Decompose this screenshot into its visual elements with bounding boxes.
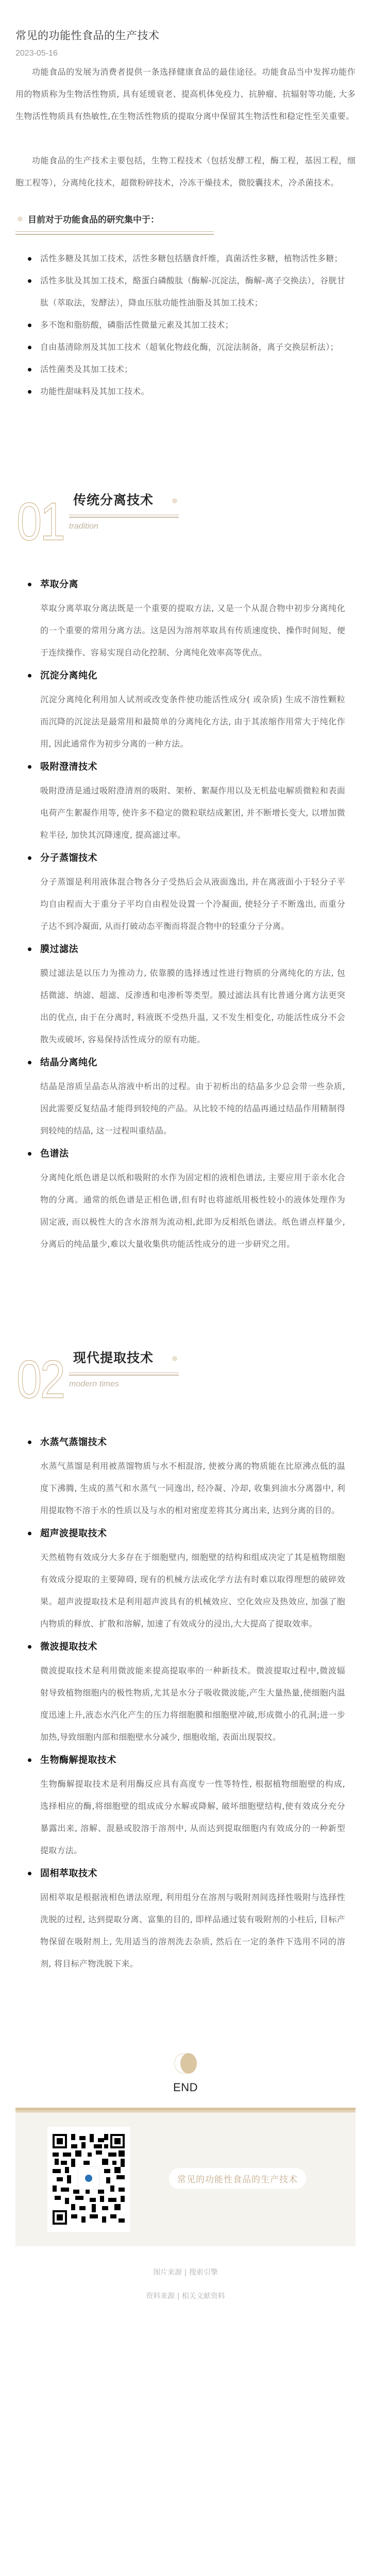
technique-item: 萃取分离 萃取分离萃取分离法既是一个重要的提取方法, 又是一个从混合物中初步分离… — [40, 572, 356, 664]
list-item: 自由基清除剂及其加工技术（超氧化物歧化酶，沉淀法制备，离子交换层析法）； — [40, 336, 356, 358]
intro-paragraph: 功能食品的发展为消费者提供一条选择健康食品的最佳途径。功能食品当中发挥功能作用的… — [15, 61, 356, 127]
section-title: 现代提取技术 — [73, 1348, 154, 1366]
focus-list: 活性多糖及其加工技术，活性多糖包括膳食纤维，真菌活性多糖，植物活性多糖； 活性多… — [15, 247, 356, 402]
section-header-traditional: 01 传统分离技术 tradition — [15, 495, 356, 557]
image-source-credit: 图片来源 | 搜索引擎 — [15, 2261, 356, 2284]
technique-desc: 结晶是溶质呈晶态从溶液中析出的过程。由于初析出的结晶多少总会带一些杂质, 因此需… — [40, 1075, 356, 1142]
technique-desc: 分子蒸馏是利用液体混合物各分子受热后会从液面逸出, 并在离液面小于轻分子平均自由… — [40, 871, 356, 937]
section-header-modern: 02 现代提取技术 modern times — [15, 1353, 356, 1415]
technique-name: 生物酶解提取技术 — [40, 1748, 356, 1773]
technique-name: 色谱法 — [40, 1142, 356, 1166]
section-number: 02 — [16, 1353, 64, 1406]
intro-paragraph: 功能食品的生产技术主要包括，生物工程技术（包括发酵工程，酶工程，基因工程，细胞工… — [15, 149, 356, 194]
divider — [69, 1372, 179, 1376]
technique-name: 萃取分离 — [40, 572, 356, 597]
technique-item: 水蒸气蒸馏技术 水蒸气蒸馏是利用被蒸馏物质与水不相混溶, 使被分离的物质能在比原… — [40, 1430, 356, 1521]
technique-name: 膜过滤法 — [40, 937, 356, 962]
section-number: 01 — [16, 495, 64, 549]
technique-item: 分子蒸馏技术 分子蒸馏是利用液体混合物各分子受热后会从液面逸出, 并在离液面小于… — [40, 846, 356, 937]
end-circles-icon — [171, 2052, 200, 2075]
divider — [69, 515, 179, 518]
section-title: 传统分离技术 — [73, 490, 154, 509]
technique-item: 生物酶解提取技术 生物酶解提取技术是利用酶反应具有高度专一性等特性, 根据植物细… — [40, 1748, 356, 1861]
technique-item: 膜过滤法 膜过滤法是以压力为推动力, 依靠膜的选择透过性进行物质的分离纯化的方法… — [40, 937, 356, 1050]
technique-item: 吸附澄清技术 吸附澄清是通过吸附澄清剂的吸附、架桥、絮凝作用以及无机盐电解质微粒… — [40, 755, 356, 846]
dot-icon — [18, 216, 23, 222]
technique-item: 沉淀分离纯化 沉淀分离纯化利用加人试剂或改变条件使功能活性成分( 或杂质) 生成… — [40, 664, 356, 755]
technique-name: 分子蒸馏技术 — [40, 846, 356, 871]
footer-inner: 常见的功能性食品的生产技术 — [15, 2112, 356, 2246]
technique-desc: 分离纯化纸色谱是以纸和吸附的水作为固定相的液相色谱法, 主要应用于亲水化合物的分… — [40, 1166, 356, 1255]
list-item: 活性多肽及其加工技术，酪蛋白磷酸肽（酶解-沉淀法，酶解-离子交换法），谷胱甘肽（… — [40, 269, 356, 314]
technique-name: 吸附澄清技术 — [40, 755, 356, 779]
list-item: 多不饱和脂肪酸，磷脂活性微量元素及其加工技术； — [40, 314, 356, 336]
divider — [15, 231, 214, 235]
technique-desc: 微波提取技术是利用微波能来提高提取率的一种新技术。微波提取过程中,微波辐射导致植… — [40, 1659, 356, 1748]
list-item: 活性多糖及其加工技术，活性多糖包括膳食纤维，真菌活性多糖，植物活性多糖； — [40, 247, 356, 269]
technique-name: 微波提取技术 — [40, 1635, 356, 1659]
technique-name: 沉淀分离纯化 — [40, 664, 356, 688]
list-item: 功能性甜味料及其加工技术。 — [40, 380, 356, 402]
end-block: END — [15, 2052, 356, 2094]
dot-icon — [172, 498, 177, 503]
publish-date: 2023-05-16 — [15, 46, 356, 61]
article-page: 常见的功能性食品的生产技术 2023-05-16 功能食品的发展为消费者提供一条… — [0, 0, 371, 2329]
technique-desc: 萃取分离萃取分离法既是一个重要的提取方法, 又是一个从混合物中初步分离纯化的一个… — [40, 597, 356, 664]
section-subtitle: tradition — [69, 522, 98, 531]
article-title: 常见的功能性食品的生产技术 — [15, 0, 356, 44]
dot-icon — [172, 1356, 177, 1361]
qr-code-icon[interactable] — [47, 2127, 130, 2232]
material-source-credit: 资料来源 | 相关文献资料 — [15, 2284, 356, 2308]
technique-item: 微波提取技术 微波提取技术是利用微波能来提高提取率的一种新技术。微波提取过程中,… — [40, 1635, 356, 1748]
technique-desc: 吸附澄清是通过吸附澄清剂的吸附、架桥、絮凝作用以及无机盐电解质微粒和表面电荷产生… — [40, 779, 356, 846]
technique-desc: 生物酶解提取技术是利用酶反应具有高度专一性等特性, 根据植物细胞壁的构成, 选择… — [40, 1773, 356, 1861]
footer-card: 常见的功能性食品的生产技术 — [15, 2108, 356, 2246]
technique-item: 固相萃取技术 固相萃取是根据液相色谱法原理, 利用组分在溶剂与吸附剂间选择性吸附… — [40, 1861, 356, 1975]
focus-heading: 目前对于功能食品的研究集中于： — [15, 212, 170, 225]
technique-item: 超声波提取技术 天然植物有效成分大多存在于细胞壁内, 细胞壁的结构和组成决定了其… — [40, 1521, 356, 1635]
technique-name: 固相萃取技术 — [40, 1861, 356, 1886]
technique-desc: 沉淀分离纯化利用加人试剂或改变条件使功能活性成分( 或杂质) 生成不溶性颗粒而沉… — [40, 688, 356, 755]
technique-item: 色谱法 分离纯化纸色谱是以纸和吸附的水作为固定相的液相色谱法, 主要应用于亲水化… — [40, 1142, 356, 1255]
credits: 图片来源 | 搜索引擎 资料来源 | 相关文献资料 — [15, 2261, 356, 2329]
brand-logo-icon — [78, 2167, 99, 2190]
technique-list: 萃取分离 萃取分离萃取分离法既是一个重要的提取方法, 又是一个从混合物中初步分离… — [15, 572, 356, 1255]
footer-title-pill: 常见的功能性食品的生产技术 — [169, 2168, 306, 2189]
technique-list: 水蒸气蒸馏技术 水蒸气蒸馏是利用被蒸馏物质与水不相混溶, 使被分离的物质能在比原… — [15, 1430, 356, 1975]
technique-desc: 膜过滤法是以压力为推动力, 依靠膜的选择透过性进行物质的分离纯化的方法, 包括微… — [40, 962, 356, 1050]
list-item: 活性菌类及其加工技术； — [40, 358, 356, 380]
technique-name: 水蒸气蒸馏技术 — [40, 1430, 356, 1455]
focus-heading-label: 目前对于功能食品的研究集中于： — [28, 215, 159, 225]
technique-item: 结晶分离纯化 结晶是溶质呈晶态从溶液中析出的过程。由于初析出的结晶多少总会带一些… — [40, 1050, 356, 1142]
technique-desc: 水蒸气蒸馏是利用被蒸馏物质与水不相混溶, 使被分离的物质能在比原沸点低的温度下沸… — [40, 1455, 356, 1521]
technique-name: 超声波提取技术 — [40, 1521, 356, 1546]
technique-desc: 固相萃取是根据液相色谱法原理, 利用组分在溶剂与吸附剂间选择性吸附与选择性洗脱的… — [40, 1886, 356, 1975]
technique-name: 结晶分离纯化 — [40, 1050, 356, 1075]
end-label: END — [15, 2081, 356, 2094]
section-subtitle: modern times — [69, 1380, 119, 1389]
technique-desc: 天然植物有效成分大多存在于细胞壁内, 细胞壁的结构和组成决定了其是植物细胞有效成… — [40, 1546, 356, 1635]
